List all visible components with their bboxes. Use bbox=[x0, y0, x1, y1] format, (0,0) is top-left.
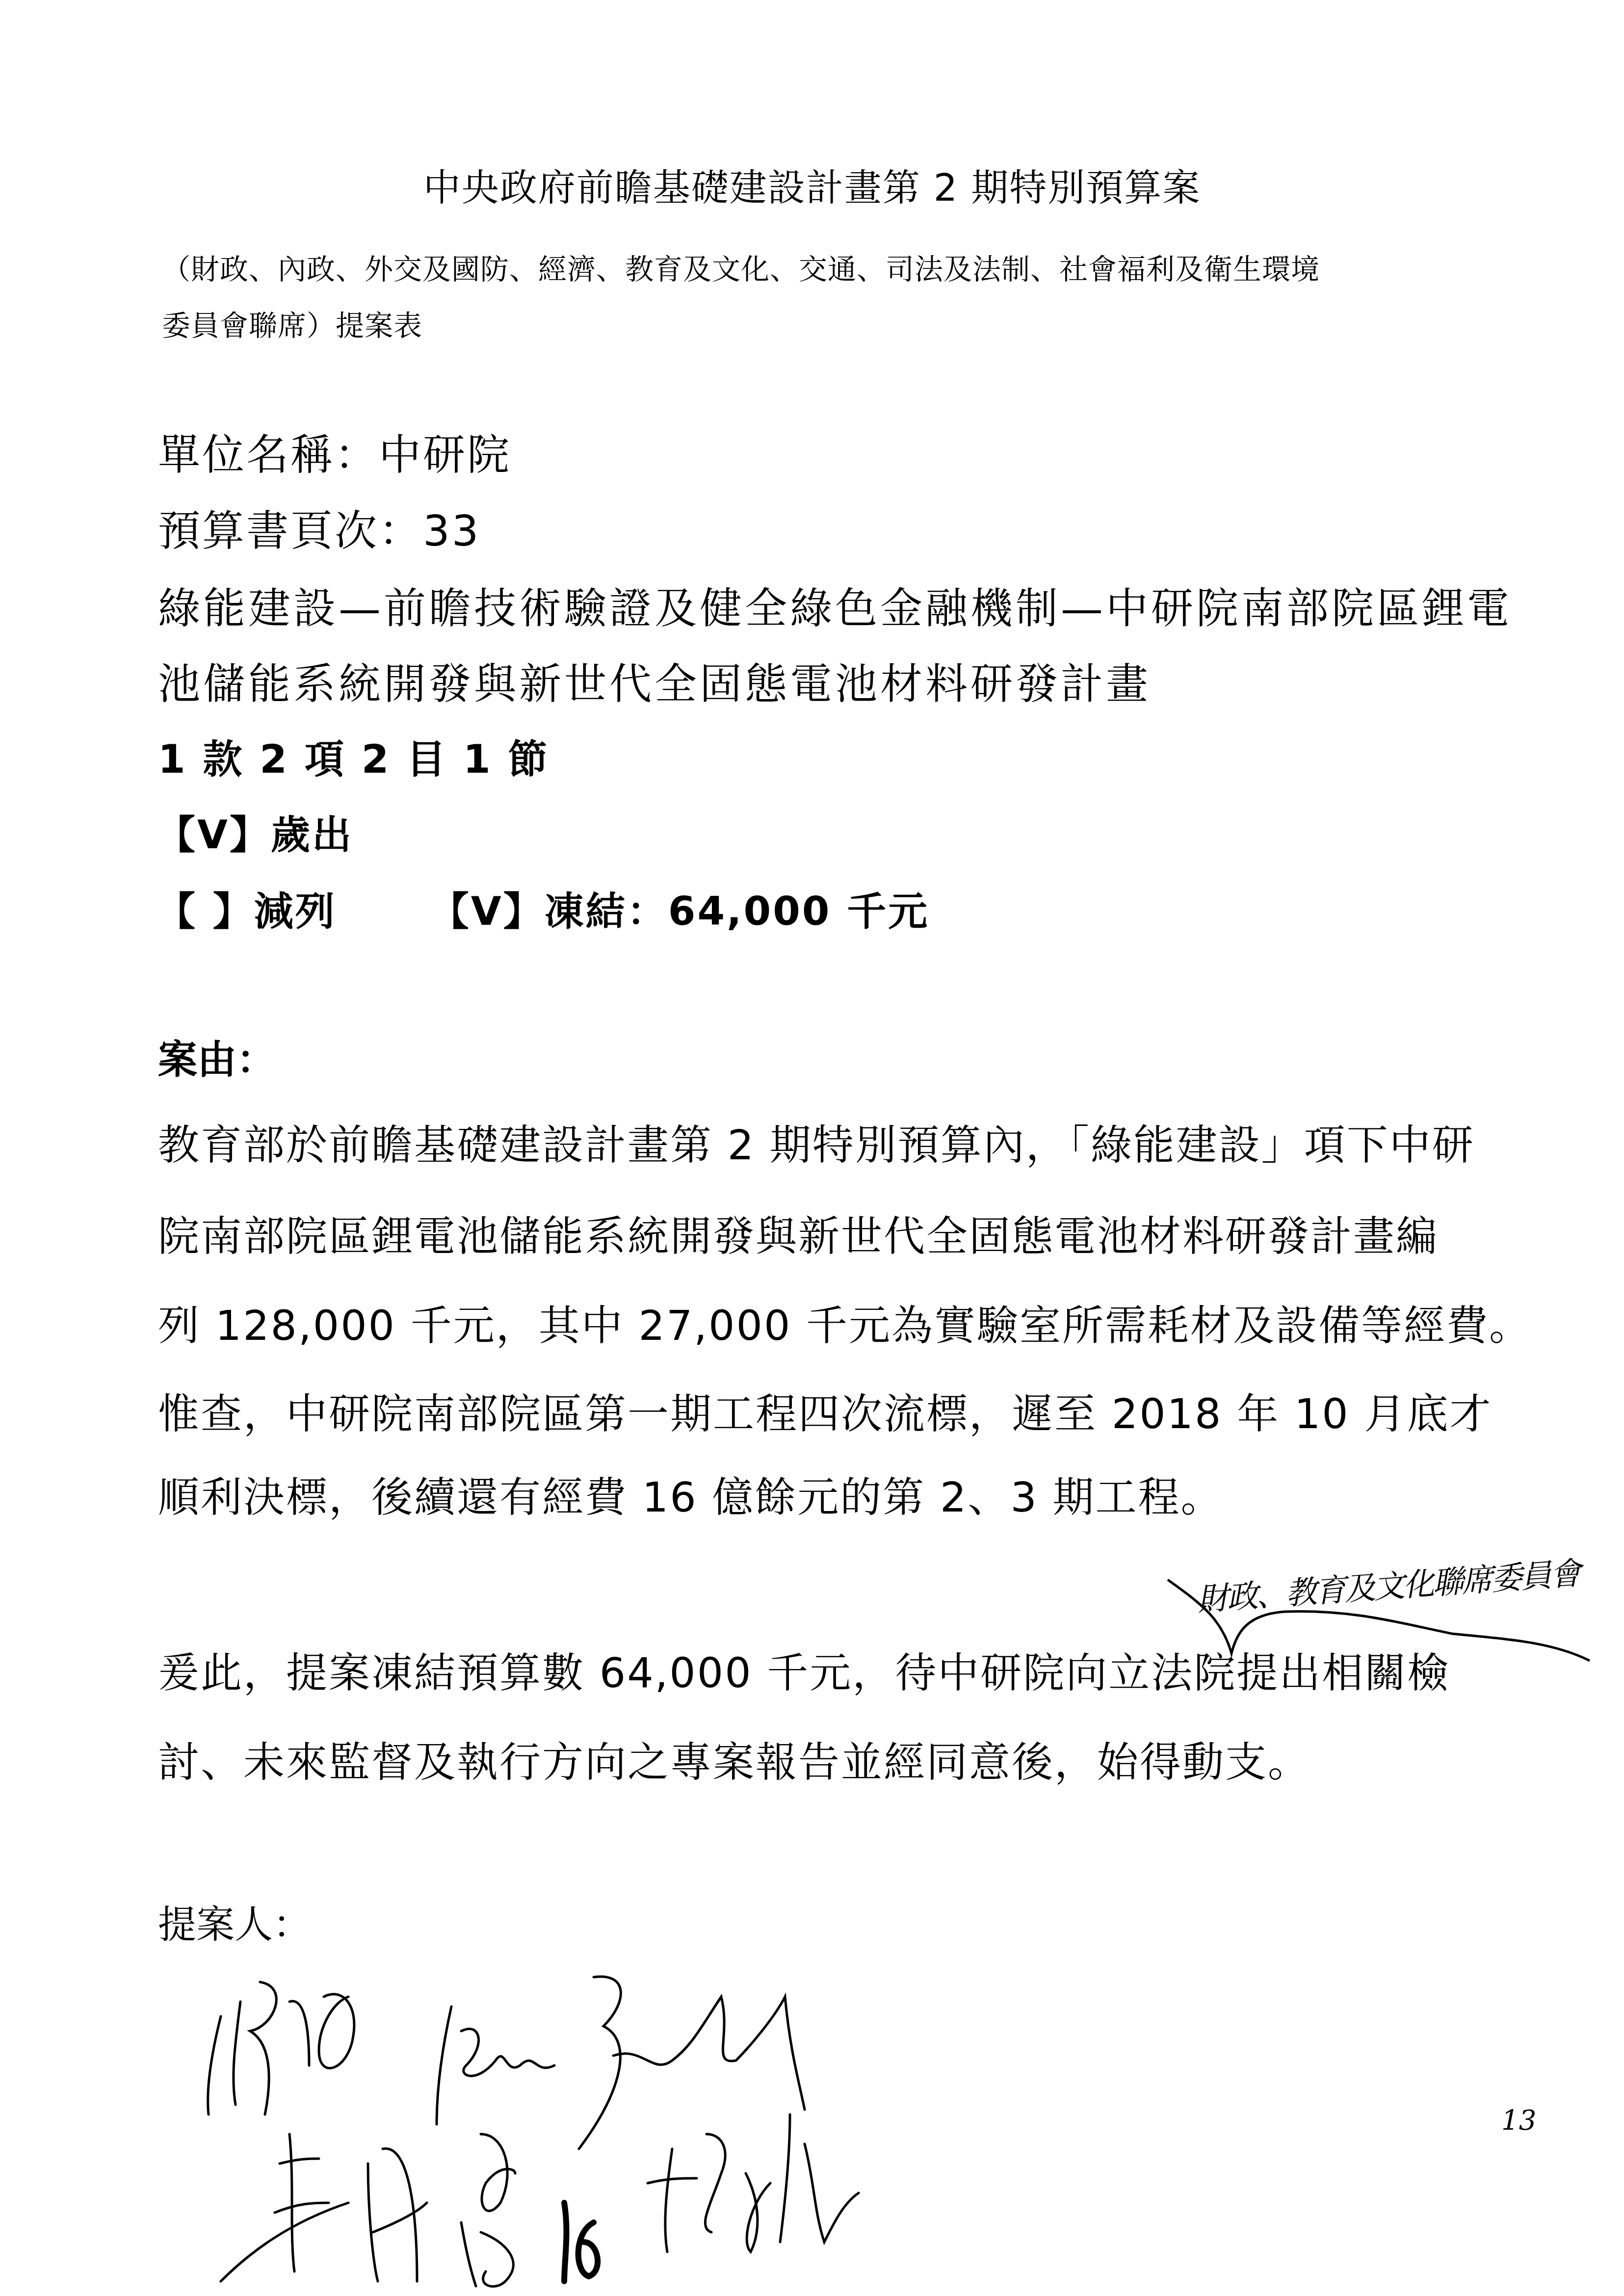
conclusion-line: 爰此，提案凍結預算數 64,000 千元，待中研院向立法院提出相關檢 bbox=[158, 1652, 1450, 1694]
program-title-line2: 池儲能系統開發與新世代全固態電池材料研發計畫 bbox=[158, 663, 1151, 705]
committee-subtitle-line1: （財政、內政、外交及國防、經濟、教育及文化、交通、司法及法制、社會福利及衛生環境 bbox=[162, 255, 1320, 284]
page-number-mark: 13 bbox=[1501, 2105, 1536, 2137]
program-title-line1: 綠能建設—前瞻技術驗證及健全綠色金融機制—中研院南部院區鋰電 bbox=[158, 588, 1512, 630]
committee-subtitle-line2: 委員會聯席）提案表 bbox=[162, 312, 422, 340]
reason-heading: 案由： bbox=[158, 1040, 276, 1079]
freeze-checkbox: 【V】凍結：64,000 千元 bbox=[430, 888, 929, 934]
signatures bbox=[162, 1928, 1536, 2296]
reason-line: 列 128,000 千元，其中 27,000 千元為實驗室所需耗材及設備等經費。 bbox=[158, 1305, 1532, 1346]
action-row: 【 】減列【V】凍結：64,000 千元 bbox=[156, 892, 929, 931]
reason-line: 惟查，中研院南部院區第一期工程四次流標，遲至 2018 年 10 月底才 bbox=[158, 1393, 1492, 1435]
reason-line: 順利決標，後續還有經費 16 億餘元的第 2、3 期工程。 bbox=[158, 1477, 1224, 1518]
reduce-checkbox: 【 】減列 bbox=[156, 888, 337, 934]
reason-line: 院南部院區鋰電池儲能系統開發與新世代全固態電池材料研發計畫編 bbox=[158, 1216, 1439, 1257]
unit-name-field: 單位名稱：中研院 bbox=[158, 434, 511, 476]
expenditure-checkbox: 【V】歲出 bbox=[156, 815, 353, 855]
item-code: 1 款 2 項 2 目 1 節 bbox=[158, 740, 550, 779]
document-title: 中央政府前瞻基礎建設計畫第 2 期特別預算案 bbox=[0, 169, 1624, 207]
handwritten-signatures-icon bbox=[162, 1928, 1536, 2296]
conclusion-line: 討、未來監督及執行方向之專案報告並經同意後，始得動支。 bbox=[158, 1742, 1310, 1783]
budget-page-field: 預算書頁次：33 bbox=[158, 510, 480, 552]
reason-line: 教育部於前瞻基礎建設計畫第 2 期特別預算內，「綠能建設」項下中研 bbox=[158, 1124, 1475, 1166]
